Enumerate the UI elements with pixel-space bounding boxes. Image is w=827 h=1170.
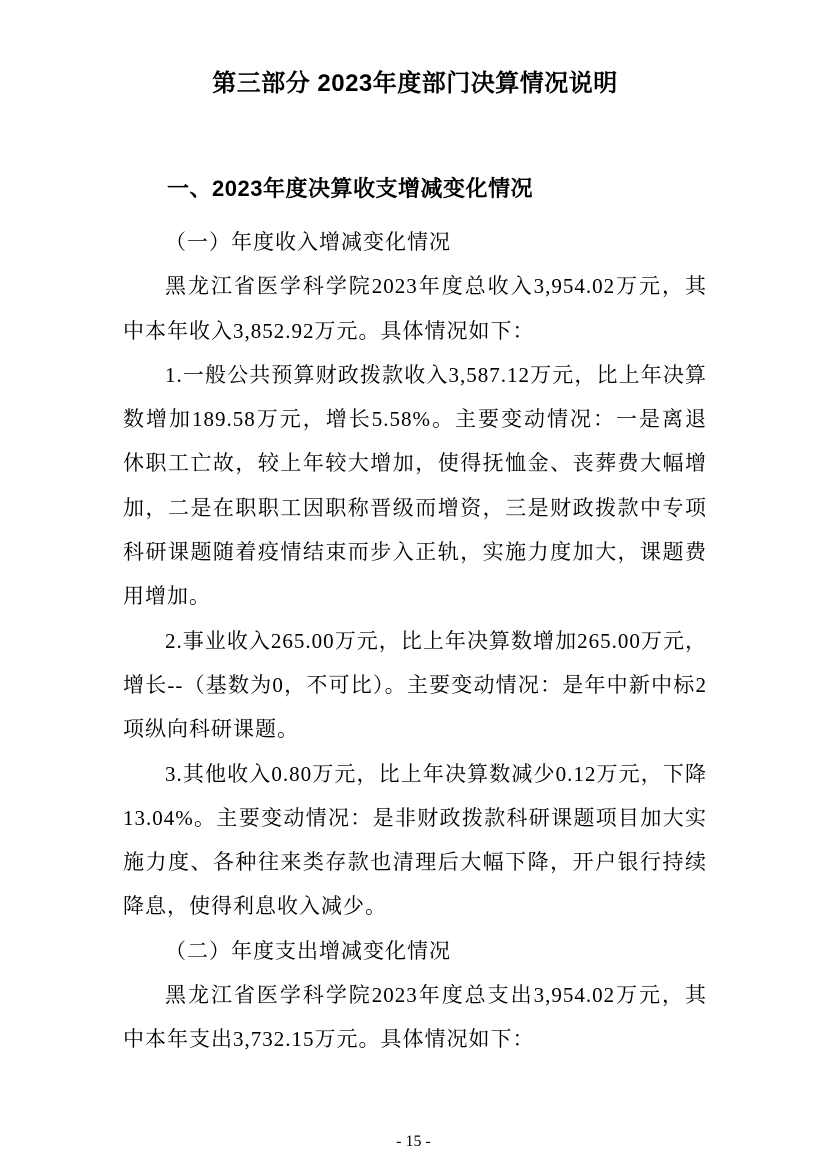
document-title: 第三部分 2023年度部门决算情况说明 (123, 66, 707, 102)
section-heading-income-expense-changes: 一、2023年度决算收支增减变化情况 (123, 167, 707, 211)
paragraph-total-income: 黑龙江省医学科学院2023年度总收入3,954.02万元，其中本年收入3,852… (123, 264, 707, 353)
page-number: - 15 - (0, 1131, 827, 1153)
paragraph-total-expense: 黑龙江省医学科学院2023年度总支出3,954.02万元，其中本年支出3,732… (123, 973, 707, 1062)
paragraph-other-income: 3.其他收入0.80万元，比上年决算数减少0.12万元，下降13.04%。主要变… (123, 752, 707, 929)
paragraph-fiscal-appropriation-income: 1.一般公共预算财政拨款收入3,587.12万元，比上年决算数增加189.58万… (123, 353, 707, 619)
subsection-heading-income-changes: （一）年度收入增减变化情况 (123, 220, 707, 264)
paragraph-operating-income: 2.事业收入265.00万元，比上年决算数增加265.00万元，增长--（基数为… (123, 619, 707, 752)
document-page: 第三部分 2023年度部门决算情况说明 一、2023年度决算收支增减变化情况 （… (0, 0, 827, 1170)
document-body: 第三部分 2023年度部门决算情况说明 一、2023年度决算收支增减变化情况 （… (123, 0, 707, 1062)
subsection-heading-expense-changes: （二）年度支出增减变化情况 (123, 929, 707, 973)
